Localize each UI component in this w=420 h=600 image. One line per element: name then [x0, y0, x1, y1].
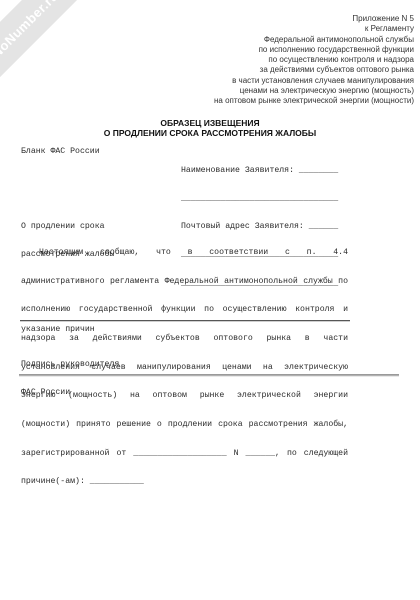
body-line: Настоящим сообщаю, что в соответствии с …: [21, 248, 348, 258]
appendix-header-line: Федеральной антимонопольной службы: [0, 35, 414, 45]
applicant-name-blank-line: ________________________________: [181, 194, 338, 203]
body-line: административного регламента Федеральной…: [21, 277, 348, 287]
appendix-header-line: к Регламенту: [0, 24, 414, 34]
applicant-name-field: Наименование Заявителя: ________: [181, 166, 338, 175]
sender-blank-label: Бланк ФАС России: [21, 147, 100, 157]
appendix-header-line: в части установления случаев манипулиров…: [0, 76, 414, 86]
body-line: исполнению государственной функции по ос…: [21, 305, 348, 315]
document-title: ОБРАЗЕЦ ИЗВЕЩЕНИЯ О ПРОДЛЕНИИ СРОКА РАСС…: [0, 119, 420, 138]
appendix-header-line: за действиями субъектов оптового рынка: [0, 65, 414, 75]
signature-block: Подпись руководителя ФАС России: [21, 341, 119, 416]
reasons-blank-rule: [20, 320, 350, 321]
body-line: причине(-ам): ___________: [21, 477, 348, 487]
appendix-header: Приложение N 5 к Регламенту Федеральной …: [0, 14, 414, 107]
appendix-header-line: по осуществлению контроля и надзора: [0, 55, 414, 65]
document-page: NoNumber.ru Приложение N 5 к Регламенту …: [0, 0, 420, 600]
page-bottom-rule: [19, 374, 399, 376]
body-line: зарегистрированной от __________________…: [21, 449, 348, 459]
signature-line2: ФАС России: [21, 388, 119, 397]
appendix-header-line: Приложение N 5: [0, 14, 414, 24]
appendix-header-line: ценами на электрическую энергию (мощност…: [0, 86, 414, 96]
appendix-header-line: на оптовом рынке электрической энергии (…: [0, 96, 414, 106]
document-title-line2: О ПРОДЛЕНИИ СРОКА РАССМОТРЕНИЯ ЖАЛОБЫ: [0, 129, 420, 139]
appendix-header-line: по исполнению государственной функции: [0, 45, 414, 55]
body-line: (мощности) принято решение о продлении с…: [21, 420, 348, 430]
signature-line1: Подпись руководителя: [21, 360, 119, 369]
reasons-caption: указание причин: [21, 325, 95, 335]
